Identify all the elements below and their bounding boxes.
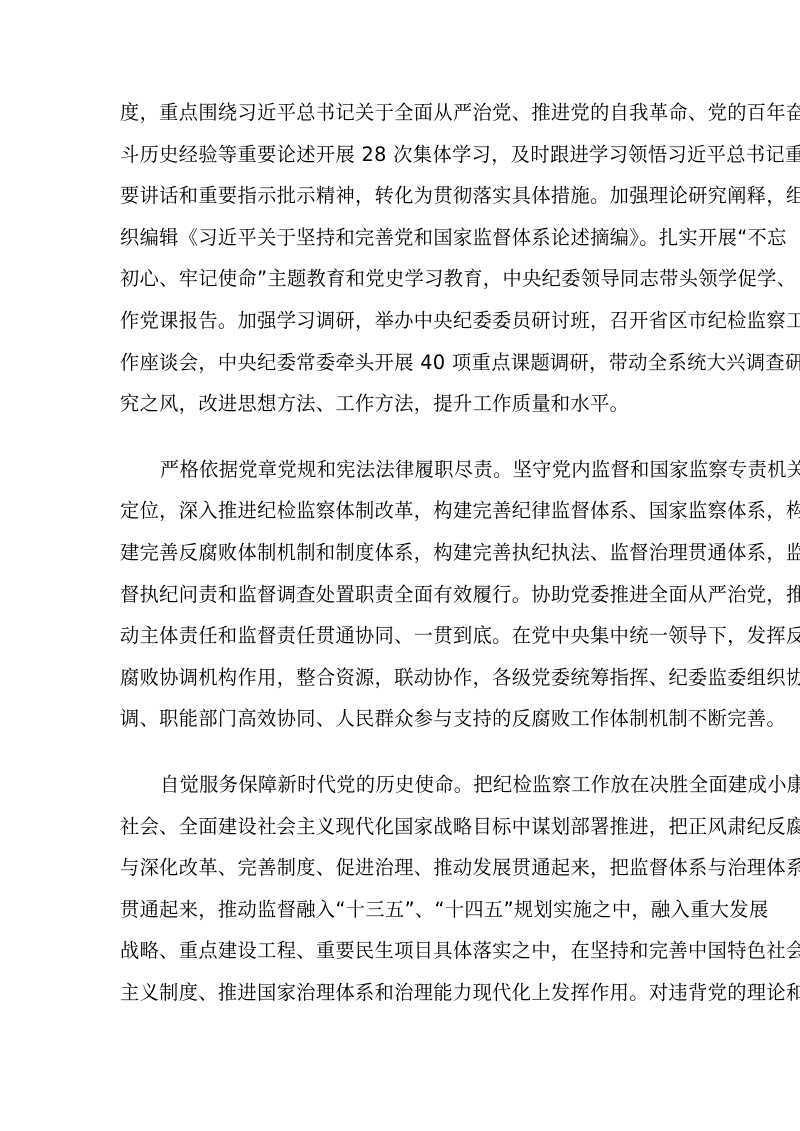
text-line: 动主体责任和监督责任贯通协同、一贯到底。在党中央集中统一领导下，发挥反 xyxy=(120,615,682,657)
text-line-indented: 严格依据党章党规和宪法法律履职尽责。坚守党内监督和国家监察专责机关 xyxy=(120,449,682,491)
text-line: 社会、全面建设社会主义现代化国家战略目标中谋划部署推进，把正风肃纪反腐 xyxy=(120,806,682,848)
text-line: 度，重点围绕习近平总书记关于全面从严治党、推进党的自我革命、党的百年奋 xyxy=(120,92,682,134)
text-line: 督执纪问责和监督调查处置职责全面有效履行。协助党委推进全面从严治党，推 xyxy=(120,574,682,616)
text-line: 建完善反腐败体制机制和制度体系，构建完善执纪执法、监督治理贯通体系，监 xyxy=(120,532,682,574)
text-line: 战略、重点建设工程、重要民生项目具体落实之中，在坚持和完善中国特色社会 xyxy=(120,930,682,972)
paragraph-duty-performance: 严格依据党章党规和宪法法律履职尽责。坚守党内监督和国家监察专责机关 定位，深入推… xyxy=(120,449,682,740)
text-line: 斗历史经验等重要论述开展 28 次集体学习，及时跟进学习领悟习近平总书记重 xyxy=(120,134,682,176)
text-line: 贯通起来，推动监督融入“十三五”、“十四五”规划实施之中，融入重大发展 xyxy=(120,889,682,931)
text-line: 调、职能部门高效协同、人民群众参与支持的反腐败工作体制机制不断完善。 xyxy=(120,698,682,740)
text-line-indented: 自觉服务保障新时代党的历史使命。把纪检监察工作放在决胜全面建成小康 xyxy=(120,764,682,806)
document-page: 度，重点围绕习近平总书记关于全面从严治党、推进党的自我革命、党的百年奋 斗历史经… xyxy=(120,92,682,1037)
text-line: 要讲话和重要指示批示精神，转化为贯彻落实具体措施。加强理论研究阐释，组 xyxy=(120,175,682,217)
paragraph-theory-study: 度，重点围绕习近平总书记关于全面从严治党、推进党的自我革命、党的百年奋 斗历史经… xyxy=(120,92,682,425)
text-line: 作座谈会，中央纪委常委牵头开展 40 项重点课题调研，带动全系统大兴调查研 xyxy=(120,342,682,384)
text-line: 作党课报告。加强学习调研，举办中央纪委委员研讨班，召开省区市纪检监察工 xyxy=(120,300,682,342)
text-line: 腐败协调机构作用，整合资源，联动协作，各级党委统筹指挥、纪委监委组织协 xyxy=(120,657,682,699)
text-line: 定位，深入推进纪检监察体制改革，构建完善纪律监督体系、国家监察体系，构 xyxy=(120,490,682,532)
text-line: 究之风，改进思想方法、工作方法，提升工作质量和水平。 xyxy=(120,383,682,425)
text-line: 与深化改革、完善制度、促进治理、推动发展贯通起来，把监督体系与治理体系 xyxy=(120,847,682,889)
text-line: 初心、牢记使命”主题教育和党史学习教育，中央纪委领导同志带头领学促学、 xyxy=(120,258,682,300)
text-line: 主义制度、推进国家治理体系和治理能力现代化上发挥作用。对违背党的理论和 xyxy=(120,972,682,1014)
paragraph-historic-mission: 自觉服务保障新时代党的历史使命。把纪检监察工作放在决胜全面建成小康 社会、全面建… xyxy=(120,764,682,1014)
text-line: 织编辑《习近平关于坚持和完善党和国家监督体系论述摘编》。扎实开展“不忘 xyxy=(120,217,682,259)
